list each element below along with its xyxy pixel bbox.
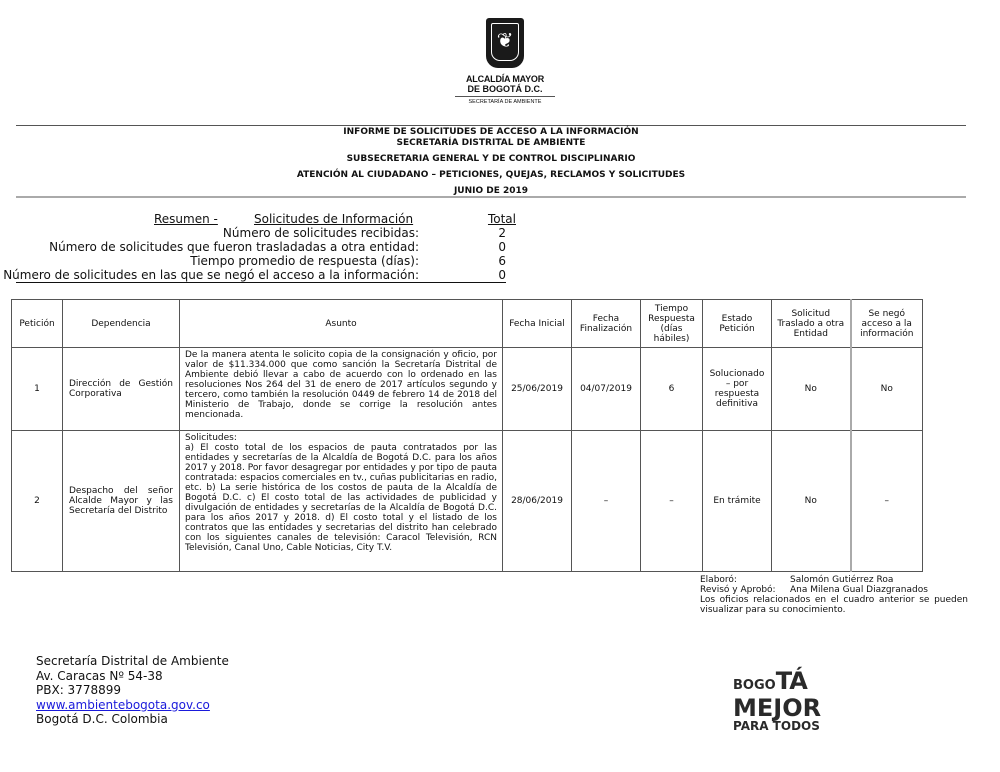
bogota-mejor-logo: BOGOTÁ MEJOR PARA TODOS bbox=[733, 670, 843, 733]
col-fecha-inicial: Fecha Inicial bbox=[503, 300, 572, 348]
cell-tiempo-respuesta: – bbox=[641, 431, 703, 572]
summary-value: 2 bbox=[476, 226, 506, 240]
footer-pbx: PBX: 3778899 bbox=[36, 683, 229, 698]
header-rule-top bbox=[16, 125, 966, 126]
summary-label: Número de solicitudes recibidas: bbox=[223, 226, 419, 240]
summary-row: Número de solicitudes recibidas: 2 bbox=[16, 226, 516, 240]
col-asunto: Asunto bbox=[180, 300, 503, 348]
footer-city: Bogotá D.C. Colombia bbox=[36, 712, 229, 727]
reviso-row: Revisó y Aprobó:Ana Milena Gual Diazgran… bbox=[700, 585, 968, 595]
summary-row: Tiempo promedio de respuesta (días): 6 bbox=[16, 254, 516, 268]
col-peticion: Petición bbox=[12, 300, 63, 348]
coat-of-arms-icon bbox=[486, 18, 524, 68]
cell-tiempo-respuesta: 6 bbox=[641, 348, 703, 431]
col-traslado: Solicitud Traslado a otra Entidad bbox=[772, 300, 851, 348]
table-row: 2 Despacho del señor Alcalde Mayor y las… bbox=[12, 431, 923, 572]
report-entity: SECRETARÍA DISTRITAL DE AMBIENTE bbox=[16, 138, 966, 149]
summary-row: Número de solicitudes que fueron traslad… bbox=[16, 240, 516, 254]
table-row: 1 Dirección de Gestión Corporativa De la… bbox=[12, 348, 923, 431]
footer-org: Secretaría Distrital de Ambiente bbox=[36, 654, 229, 669]
asunto-text: a) El costo total de los espacios de pau… bbox=[185, 443, 497, 553]
cell-asunto: De la manera atenta le solicito copia de… bbox=[180, 348, 503, 431]
summary-label: Tiempo promedio de respuesta (días): bbox=[190, 254, 419, 268]
cell-traslado: No bbox=[772, 431, 851, 572]
report-title: INFORME DE SOLICITUDES DE ACCESO A LA IN… bbox=[16, 127, 966, 138]
logo-bogota-big: TÁ bbox=[776, 667, 807, 695]
cell-fecha-inicial: 25/06/2019 bbox=[503, 348, 572, 431]
cell-estado: Solucionado – por respuesta definitiva bbox=[703, 348, 772, 431]
reviso-label: Revisó y Aprobó: bbox=[700, 585, 790, 595]
col-tiempo-respuesta: Tiempo Respuesta (días hábiles) bbox=[641, 300, 703, 348]
summary-value: 6 bbox=[476, 254, 506, 268]
footer-address: Av. Caracas Nº 54-38 bbox=[36, 669, 229, 684]
cell-estado: En trámite bbox=[703, 431, 772, 572]
report-subsecretaria: SUBSECRETARIA GENERAL Y DE CONTROL DISCI… bbox=[16, 154, 966, 165]
cell-dependencia: Despacho del señor Alcalde Mayor y las S… bbox=[63, 431, 180, 572]
footer-contact: Secretaría Distrital de Ambiente Av. Car… bbox=[36, 654, 229, 727]
summary-value: 0 bbox=[476, 240, 506, 254]
logo-line-1: ALCALDÍA MAYOR bbox=[450, 74, 560, 84]
summary-row: Número de solicitudes en las que se negó… bbox=[16, 268, 516, 282]
cell-negado: No bbox=[851, 348, 923, 431]
cell-dependencia: Dirección de Gestión Corporativa bbox=[63, 348, 180, 431]
summary-underline bbox=[16, 282, 506, 283]
summary-label: Número de solicitudes que fueron traslad… bbox=[49, 240, 419, 254]
report-area: ATENCIÓN AL CIUDADANO – PETICIONES, QUEJ… bbox=[16, 170, 966, 181]
summary-block: Resumen - Solicitudes de Información Tot… bbox=[16, 212, 516, 282]
elaboro-row: Elaboró:Salomón Gutiérrez Roa bbox=[700, 575, 968, 585]
summary-title-left: Resumen - bbox=[154, 212, 218, 226]
logo-bogota-small: BOGO bbox=[733, 678, 776, 693]
logo-para-todos: PARA TODOS bbox=[733, 719, 843, 733]
col-dependencia: Dependencia bbox=[63, 300, 180, 348]
cell-traslado: No bbox=[772, 348, 851, 431]
col-estado: Estado Petición bbox=[703, 300, 772, 348]
elaboro-name: Salomón Gutiérrez Roa bbox=[790, 575, 893, 585]
requests-table: Petición Dependencia Asunto Fecha Inicia… bbox=[11, 299, 923, 572]
summary-label: Número de solicitudes en las que se negó… bbox=[3, 268, 419, 282]
col-fecha-finalizacion: Fecha Finalización bbox=[572, 300, 641, 348]
table-header-row: Petición Dependencia Asunto Fecha Inicia… bbox=[12, 300, 923, 348]
cell-asunto: Solicitudes: a) El costo total de los es… bbox=[180, 431, 503, 572]
cell-peticion: 2 bbox=[12, 431, 63, 572]
cell-peticion: 1 bbox=[12, 348, 63, 431]
cell-negado: – bbox=[851, 431, 923, 572]
logo-mejor: MEJOR bbox=[733, 697, 843, 719]
footer-website-link[interactable]: www.ambientebogota.gov.co bbox=[36, 698, 210, 712]
asunto-title: Solicitudes: bbox=[185, 433, 497, 443]
col-negado: Se negó acceso a la información bbox=[851, 300, 923, 348]
summary-value: 0 bbox=[476, 268, 506, 282]
report-header: INFORME DE SOLICITUDES DE ACCESO A LA IN… bbox=[16, 127, 966, 197]
summary-title-right: Solicitudes de Información bbox=[254, 212, 413, 226]
reviso-name: Ana Milena Gual Diazgranados bbox=[790, 585, 928, 595]
header-rule-bottom bbox=[16, 196, 966, 198]
alcaldia-logo: ALCALDÍA MAYOR DE BOGOTÁ D.C. SECRETARÍA… bbox=[450, 18, 560, 105]
signatures-note: Los oficios relacionados en el cuadro an… bbox=[700, 595, 968, 615]
logo-bogota: BOGOTÁ bbox=[733, 670, 843, 697]
elaboro-label: Elaboró: bbox=[700, 575, 790, 585]
logo-line-2: DE BOGOTÁ D.C. bbox=[455, 84, 555, 97]
signatures: Elaboró:Salomón Gutiérrez Roa Revisó y A… bbox=[700, 575, 968, 615]
cell-fecha-finalizacion: 04/07/2019 bbox=[572, 348, 641, 431]
logo-line-3: SECRETARÍA DE AMBIENTE bbox=[450, 99, 560, 105]
cell-fecha-inicial: 28/06/2019 bbox=[503, 431, 572, 572]
summary-header-row: Resumen - Solicitudes de Información Tot… bbox=[16, 212, 516, 226]
summary-total-header: Total bbox=[476, 212, 516, 226]
cell-fecha-finalizacion: – bbox=[572, 431, 641, 572]
